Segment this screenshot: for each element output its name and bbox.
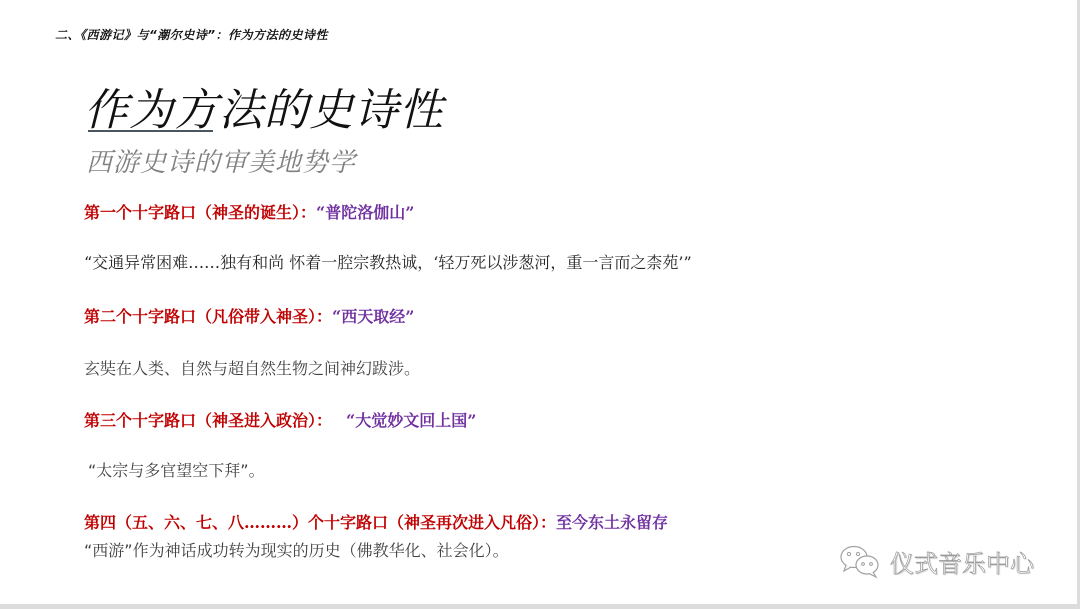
title-underline — [88, 130, 213, 132]
watermark: 仪式音乐中心 — [838, 543, 1034, 579]
section-highlight: “大觉妙文回上国” — [346, 411, 476, 430]
section-1-body: “交通异常困难……独有和尚 怀着一腔宗教热诚，‘轻万死以涉葱河，重一言而之柰苑’… — [84, 250, 692, 273]
section-1-heading: 第一个十字路口（神圣的诞生）：“普陀洛伽山” — [84, 200, 414, 223]
section-4-heading: 第四（五、六、七、八………）个十字路口（神圣再次进入凡俗）：至今东土永留存 — [84, 510, 668, 533]
section-3-body: “太宗与多官望空下拜”。 — [88, 458, 265, 481]
slide: 二、《西游记》与“潮尔史诗”：作为方法的史诗性 作为方法的史诗性 西游史诗的审美… — [0, 0, 1080, 609]
section-heading-text: 第四（五、六、七、八………）个十字路口（神圣再次进入凡俗）： — [84, 513, 556, 532]
section-highlight: 至今东土永留存 — [556, 513, 668, 532]
section-heading-text: 第三个十字路口（神圣进入政治）： — [84, 411, 332, 430]
page-subtitle: 西游史诗的审美地势学 — [86, 142, 356, 179]
slide-header: 二、《西游记》与“潮尔史诗”：作为方法的史诗性 — [55, 26, 328, 43]
section-highlight: “普陀洛伽山” — [316, 203, 414, 222]
section-heading-text: 第二个十字路口（凡俗带入神圣）： — [84, 307, 332, 326]
section-2-body: 玄奘在人类、自然与超自然生物之间神幻跋涉。 — [84, 356, 420, 379]
section-4-body: “西游”作为神话成功转为现实的历史（佛教华化、社会化）。 — [84, 538, 509, 561]
watermark-text: 仪式音乐中心 — [890, 544, 1034, 579]
section-highlight: “西天取经” — [332, 307, 414, 326]
section-heading-text: 第一个十字路口（神圣的诞生）： — [84, 203, 316, 222]
section-3-heading: 第三个十字路口（神圣进入政治）：“大觉妙文回上国” — [84, 408, 476, 431]
wechat-icon — [838, 543, 882, 579]
section-2-heading: 第二个十字路口（凡俗带入神圣）：“西天取经” — [84, 304, 414, 327]
page-title: 作为方法的史诗性 — [84, 74, 444, 138]
